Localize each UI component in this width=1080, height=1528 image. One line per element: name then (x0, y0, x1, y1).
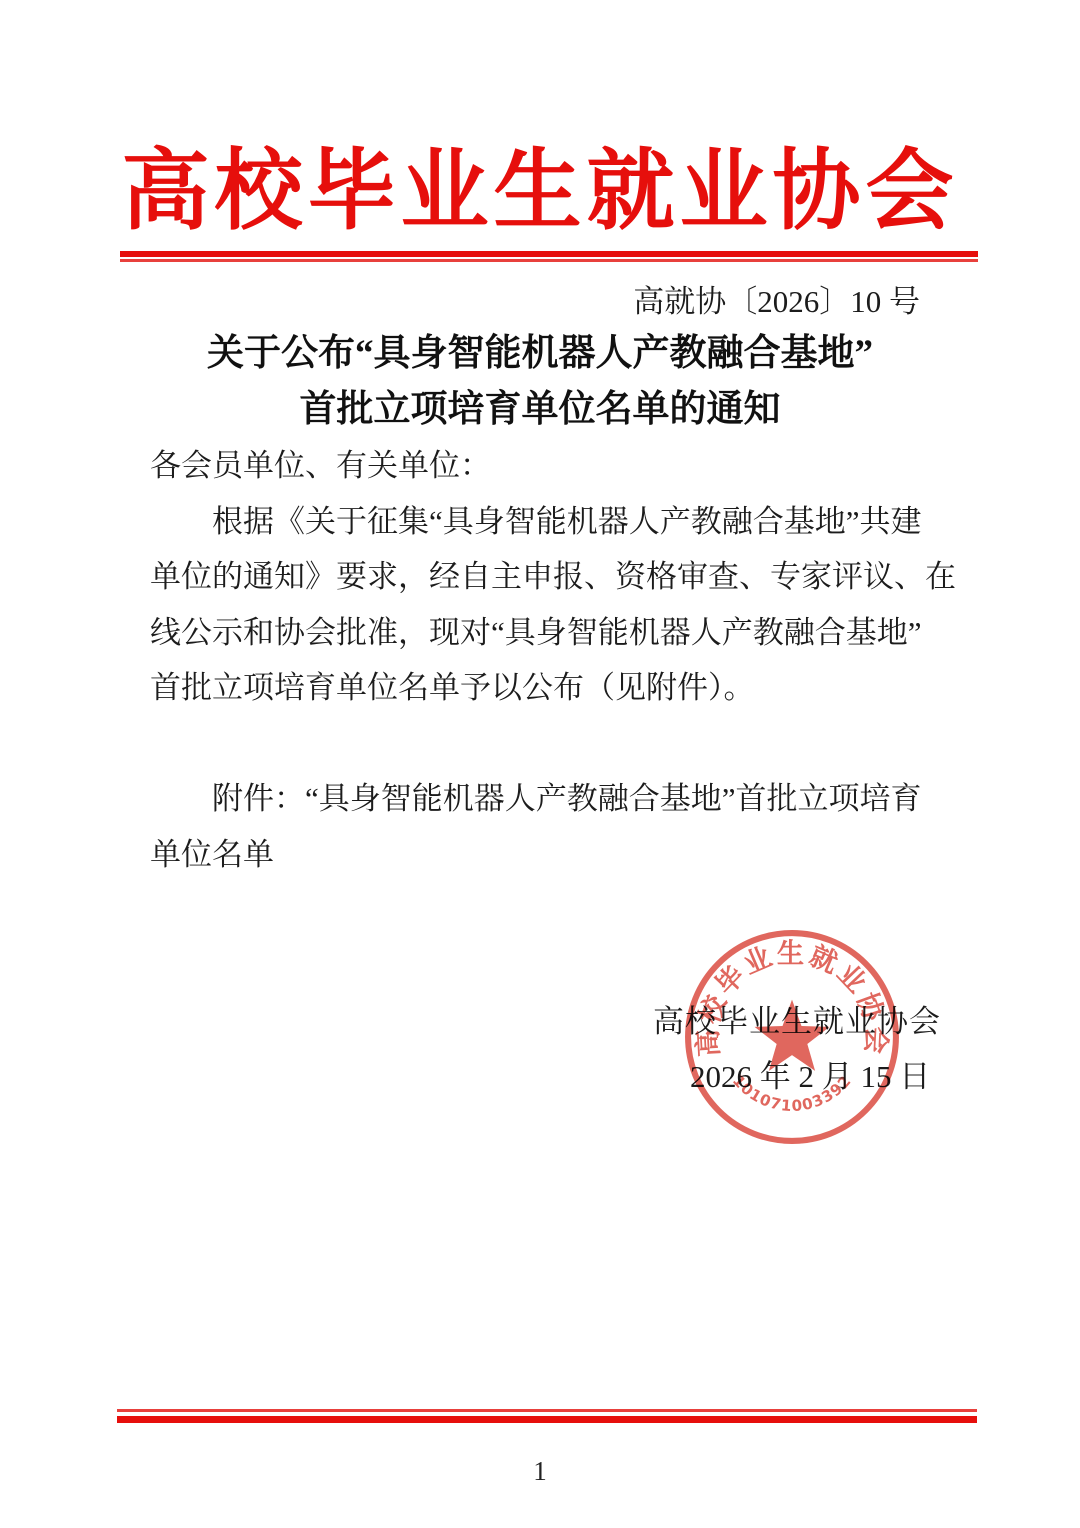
document-number: 高就协〔2026〕10 号 (633, 276, 920, 321)
notice-title-line2: 首批立项培育单位名单的通知 (0, 382, 1080, 438)
notice-title: 关于公布“具身智能机器人产教融合基地” 首批立项培育单位名单的通知 (0, 326, 1080, 438)
salutation: 各会员单位、有关单位： (150, 438, 960, 494)
signature-date: 2026 年 2 月 15 日 (690, 1051, 930, 1096)
page-number: 1 (0, 1456, 1080, 1487)
body-line: 首批立项培育单位名单予以公布（见附件）。 (150, 660, 960, 716)
header-separator-thin-line (120, 259, 978, 262)
notice-body: 各会员单位、有关单位： 根据《关于征集“具身智能机器人产教融合基地”共建 单位的… (150, 438, 960, 882)
body-line: 线公示和协会批准，现对“具身智能机器人产教融合基地” (150, 605, 960, 661)
header-separator (120, 251, 978, 262)
document-page: 高校毕业生就业协会 高就协〔2026〕10 号 关于公布“具身智能机器人产教融合… (0, 0, 1080, 1528)
body-line: 单位的通知》要求，经自主申报、资格审查、专家评议、在 (150, 549, 960, 605)
attachment-line: 附件：“具身智能机器人产教融合基地”首批立项培育 (150, 771, 960, 827)
notice-title-line1: 关于公布“具身智能机器人产教融合基地” (0, 326, 1080, 382)
attachment-line: 单位名单 (150, 827, 960, 883)
footer-separator (117, 1409, 977, 1423)
signature-organization: 高校毕业生就业协会 (653, 996, 941, 1041)
letterhead-title: 高校毕业生就业协会 (0, 142, 1080, 243)
body-line: 根据《关于征集“具身智能机器人产教融合基地”共建 (150, 494, 960, 550)
blank-line (150, 716, 960, 772)
footer-separator-thick-line (117, 1416, 977, 1423)
